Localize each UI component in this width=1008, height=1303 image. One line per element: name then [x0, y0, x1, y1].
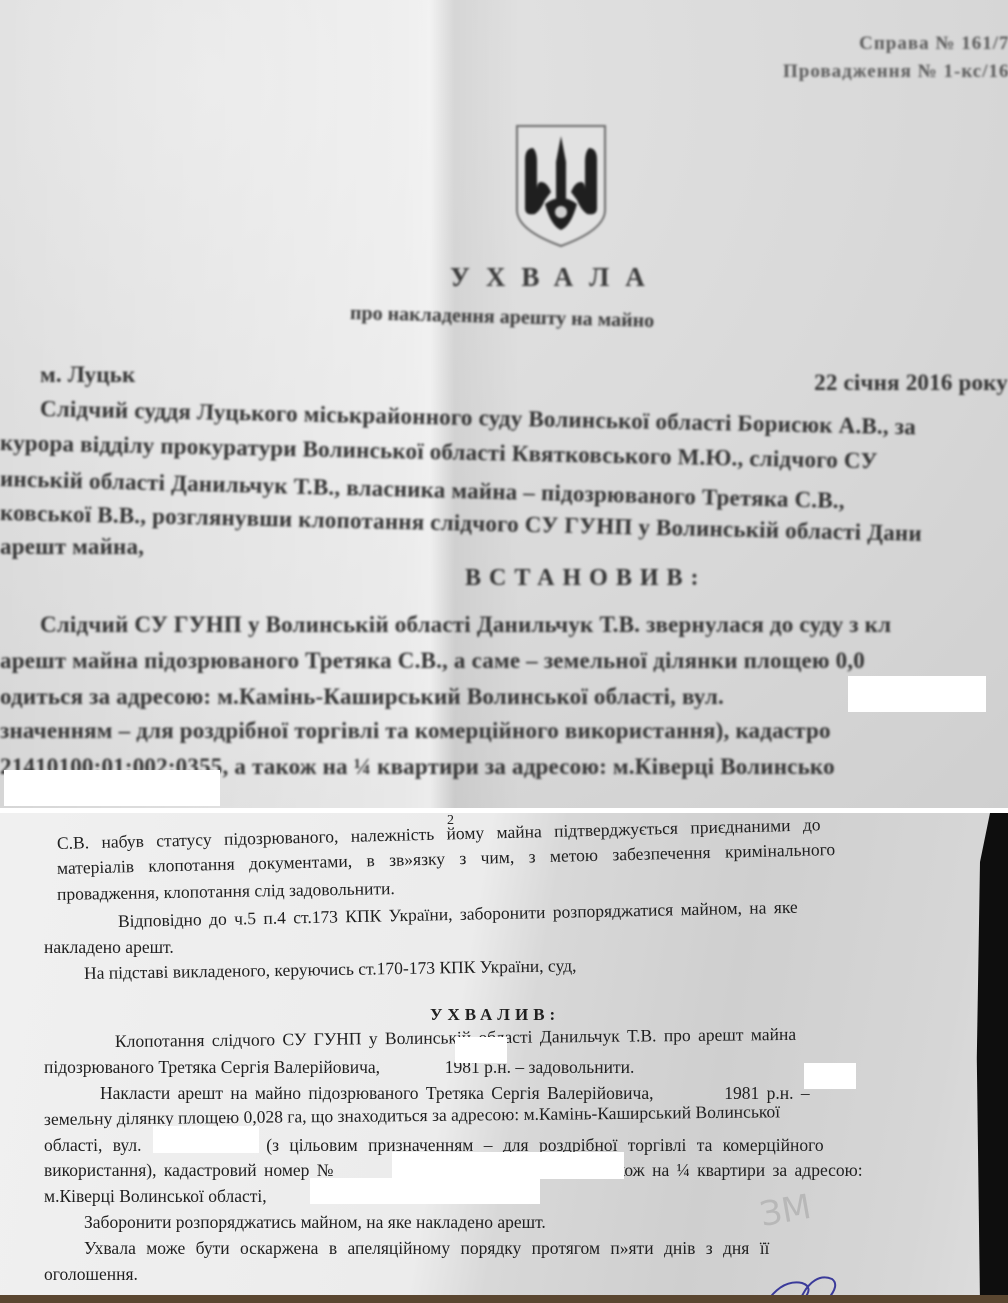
ruling-line: м.Ківерці Волинської області,: [44, 1186, 267, 1207]
pencil-note: ЗМ: [757, 1187, 814, 1235]
ruling-text: 1981 р.н. –: [724, 1083, 809, 1103]
redaction-box: [153, 1126, 259, 1153]
redaction-box: [4, 770, 220, 806]
document-title: УХВАЛА: [450, 262, 661, 293]
ruling-line: оголошення.: [44, 1264, 138, 1285]
established-line: одиться за адресою: м.Камінь-Каширський …: [0, 684, 901, 710]
coat-of-arms-icon: [511, 122, 611, 248]
case-number: Справа № 161/76: [783, 30, 1008, 58]
document-subtitle: про накладення арешту на майно: [350, 302, 655, 333]
city: м. Луцьк: [40, 362, 136, 388]
redaction-box: [310, 1178, 540, 1204]
page-2-photo: 2 С.В. набув статусу підозрюваного, нале…: [0, 813, 1008, 1303]
page-1-photo: Справа № 161/76 Провадження № 1-кс/161 У…: [0, 0, 1008, 808]
established-line: Слідчий СУ ГУНП у Волинській області Дан…: [40, 612, 891, 638]
redaction-box: [455, 1037, 507, 1063]
ruling-text: використання), кадастровий номер №: [44, 1160, 333, 1180]
date: 22 січня 2016 року: [814, 370, 1008, 396]
ruling-line: Ухвала може бути оскаржена в апеляційном…: [84, 1238, 769, 1259]
established-line: значенням – для роздрібної торгівлі та к…: [0, 718, 831, 744]
text-line: На підставі викладеного, керуючись ст.17…: [84, 955, 577, 984]
ruling-line: Заборонити розпоряджатись майном, на яке…: [84, 1212, 546, 1233]
established-heading: ВСТАНОВИВ:: [465, 565, 707, 592]
photo-background-strip: [0, 1295, 1008, 1303]
ruling-text: підозрюваного Третяка Сергія Валерійович…: [44, 1057, 380, 1077]
established-line: арешт майна підозрюваного Третяка С.В., …: [0, 648, 865, 674]
ruling-text: області, вул.: [44, 1135, 142, 1155]
text-line: провадження, клопотання слід задовольнит…: [57, 878, 395, 905]
redaction-box: [392, 1152, 624, 1179]
established-line-text: одиться за адресою: м.Камінь-Каширський …: [0, 684, 724, 709]
ruling-line: підозрюваного Третяка Сергія Валерійович…: [44, 1057, 634, 1078]
proceeding-number: Провадження № 1-кс/161: [783, 58, 1008, 86]
ruling-text: Накласти арешт на майно підозрюваного Тр…: [100, 1083, 653, 1103]
redaction-box: [804, 1063, 856, 1089]
case-number-block: Справа № 161/76 Провадження № 1-кс/161: [783, 30, 1008, 86]
intro-line: арешт майна,: [0, 534, 144, 560]
text-line: накладено арешт.: [44, 937, 174, 958]
ruling-heading: УХВАЛИВ:: [430, 1005, 560, 1025]
photo-background-edge: [968, 813, 1008, 1303]
redaction-box: [848, 676, 986, 712]
ruling-line: Накласти арешт на майно підозрюваного Тр…: [100, 1083, 810, 1104]
